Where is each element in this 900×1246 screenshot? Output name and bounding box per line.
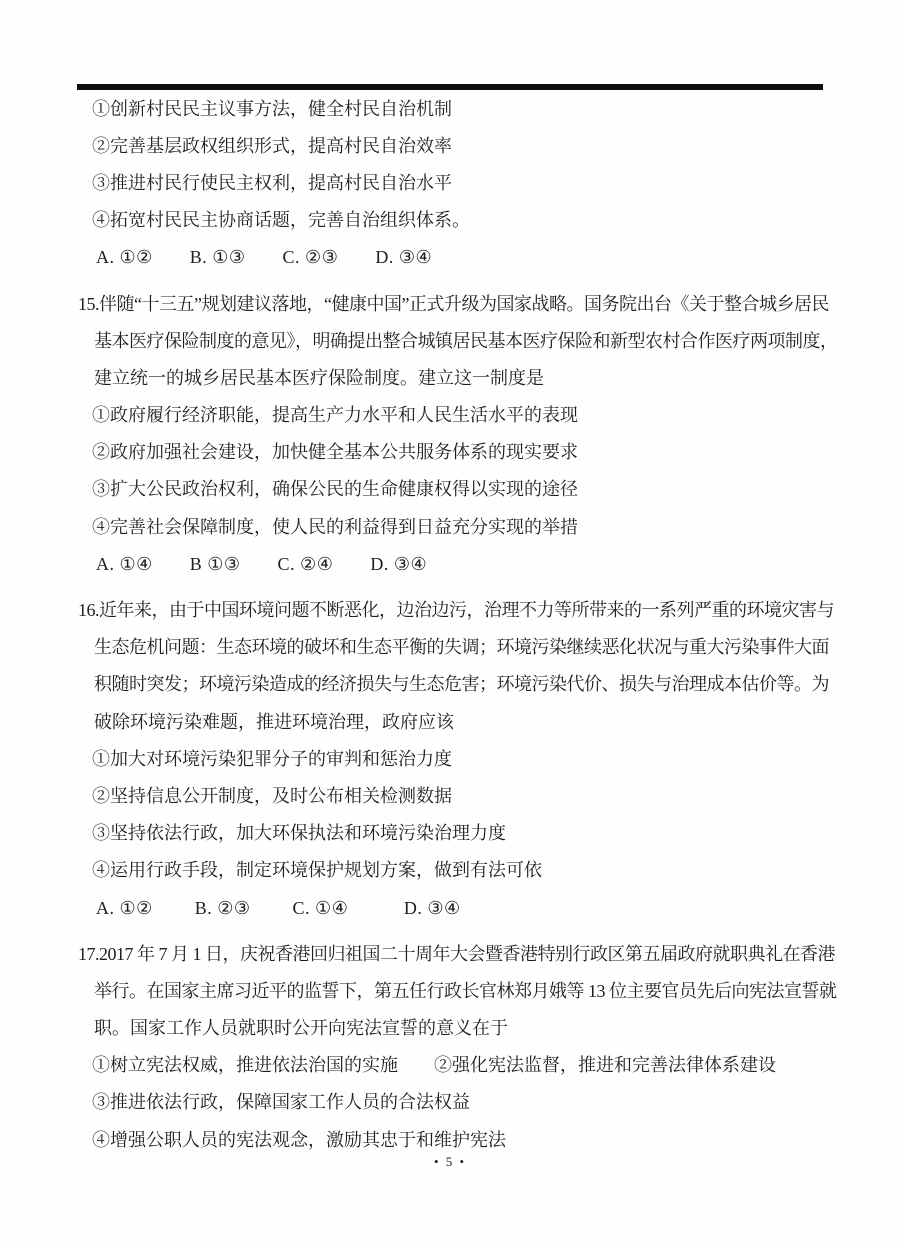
question-stem-line: 职。国家工作人员就职时公开向宪法宣誓的意义在于 bbox=[0, 1010, 900, 1047]
option-line: ③坚持依法行政，加大环保执法和环境污染治理力度 bbox=[0, 815, 900, 852]
question-block-14: ①创新村民民主议事方法，健全村民自治机制②完善基层政权组织形式，提高村民自治效率… bbox=[0, 90, 900, 276]
option-line: ①树立宪法权威，推进依法治国的实施 ②强化宪法监督，推进和完善法律体系建设 bbox=[0, 1047, 900, 1084]
question-stem-line: 基本医疗保险制度的意见》，明确提出整合城镇居民基本医疗保险和新型农村合作医疗两项… bbox=[0, 322, 900, 359]
question-stem-line: 积随时突发；环境污染造成的经济损失与生态危害；环境污染代价、损失与治理成本估价等… bbox=[0, 666, 900, 703]
question-stem-line: 16.近年来，由于中国环境问题不断恶化，边治边污，治理不力等所带来的一系列严重的… bbox=[0, 591, 900, 628]
question-stem-line: 生态危机问题：生态环境的破坏和生态平衡的失调；环境污染继续恶化状况与重大污染事件… bbox=[0, 629, 900, 666]
question-stem-line: 建立统一的城乡居民基本医疗保险制度。建立这一制度是 bbox=[0, 359, 900, 396]
option-line: ③推进村民行使民主权利，提高村民自治水平 bbox=[0, 164, 900, 201]
question-stem-line: 举行。在国家主席习近平的监誓下，第五任行政长官林郑月娥等 13 位主要官员先后向… bbox=[0, 972, 900, 1009]
answer-choices-line: A. ①④ B ①③ C. ②④ D. ③④ bbox=[0, 545, 900, 582]
answer-choices-line: A. ①② B. ②③ C. ①④ D. ③④ bbox=[0, 889, 900, 926]
option-line: ②政府加强社会建设，加快健全基本公共服务体系的现实要求 bbox=[0, 434, 900, 471]
option-line: ④完善社会保障制度，使人民的利益得到日益充分实现的举措 bbox=[0, 508, 900, 545]
questions-container: ①创新村民民主议事方法，健全村民自治机制②完善基层政权组织形式，提高村民自治效率… bbox=[0, 90, 900, 1158]
question-block-17: 17.2017 年 7 月 1 日，庆祝香港回归祖国二十周年大会暨香港特别行政区… bbox=[0, 935, 900, 1158]
option-line: ②完善基层政权组织形式，提高村民自治效率 bbox=[0, 127, 900, 164]
question-block-16: 16.近年来，由于中国环境问题不断恶化，边治边污，治理不力等所带来的一系列严重的… bbox=[0, 591, 900, 926]
question-stem-line: 15.伴随“十三五”规划建议落地，“健康中国”正式升级为国家战略。国务院出台《关… bbox=[0, 285, 900, 322]
question-stem-line: 17.2017 年 7 月 1 日，庆祝香港回归祖国二十周年大会暨香港特别行政区… bbox=[0, 935, 900, 972]
question-block-15: 15.伴随“十三五”规划建议落地，“健康中国”正式升级为国家战略。国务院出台《关… bbox=[0, 285, 900, 583]
question-stem-line: 破除环境污染难题，推进环境治理，政府应该 bbox=[0, 703, 900, 740]
option-line: ①政府履行经济职能，提高生产力水平和人民生活水平的表现 bbox=[0, 397, 900, 434]
option-line: ④增强公职人员的宪法观念，激励其忠于和维护宪法 bbox=[0, 1121, 900, 1158]
answer-choices-line: A. ①② B. ①③ C. ②③ D. ③④ bbox=[0, 239, 900, 276]
option-line: ①创新村民民主议事方法，健全村民自治机制 bbox=[0, 90, 900, 127]
option-line: ④运用行政手段，制定环境保护规划方案，做到有法可依 bbox=[0, 852, 900, 889]
option-line: ③推进依法行政，保障国家工作人员的合法权益 bbox=[0, 1084, 900, 1121]
page-number: • 5 • bbox=[0, 1154, 900, 1170]
option-line: ②坚持信息公开制度，及时公布相关检测数据 bbox=[0, 777, 900, 814]
option-line: ③扩大公民政治权利，确保公民的生命健康权得以实现的途径 bbox=[0, 471, 900, 508]
option-line: ④拓宽村民民主协商话题，完善自治组织体系。 bbox=[0, 202, 900, 239]
exam-page: ①创新村民民主议事方法，健全村民自治机制②完善基层政权组织形式，提高村民自治效率… bbox=[0, 0, 900, 1246]
option-line: ①加大对环境污染犯罪分子的审判和惩治力度 bbox=[0, 740, 900, 777]
